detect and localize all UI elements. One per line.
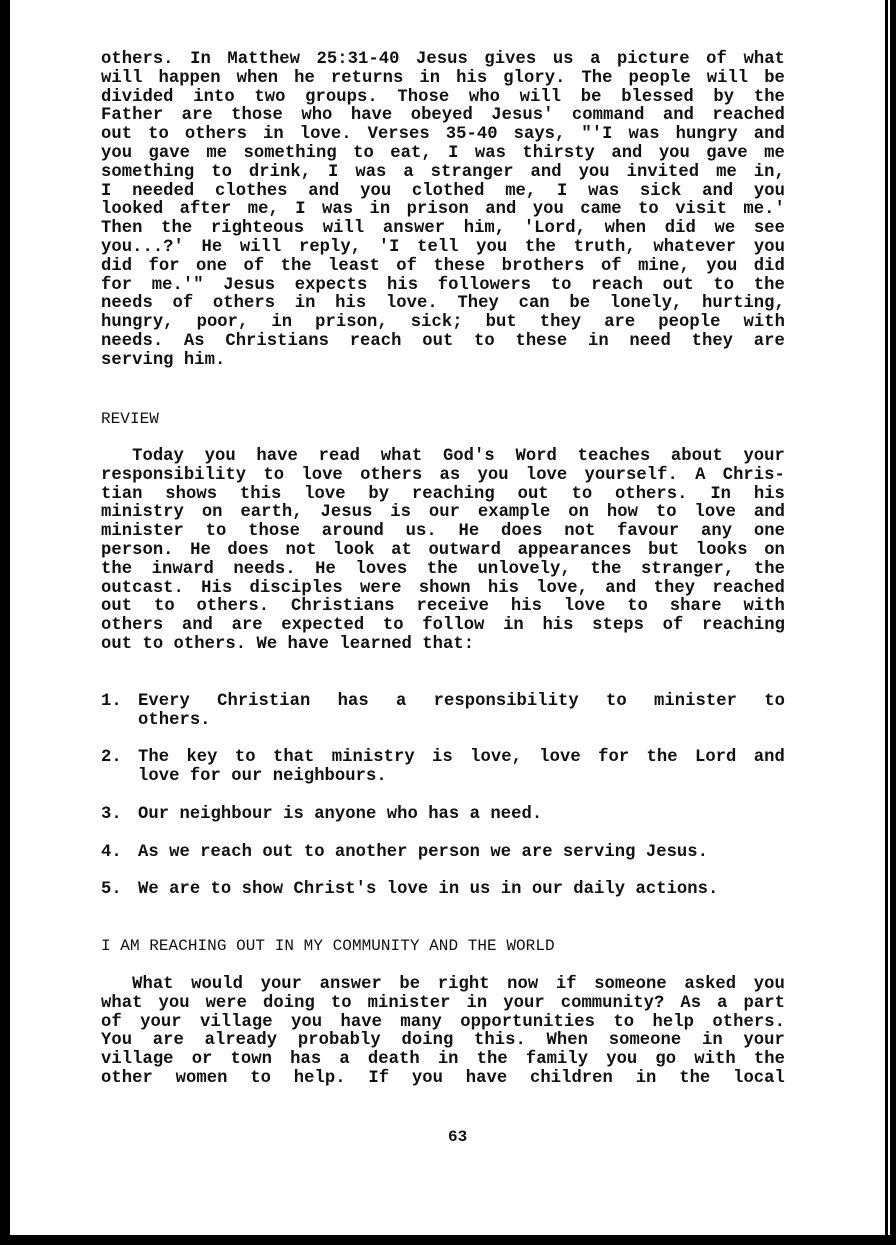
scan-border-right-line bbox=[885, 0, 888, 1245]
list-item-text: Our neighbour is anyone who has a need. bbox=[138, 805, 542, 824]
intro-paragraph-line: forme.'"Jesusexpectshisfollowerstoreacho… bbox=[101, 276, 785, 295]
review-paragraph-line: theinwardneeds.Helovestheunlovely,thestr… bbox=[101, 560, 785, 579]
review-paragraph-line: out to others. We have learned that: bbox=[101, 635, 474, 654]
intro-paragraph-line: Thentherighteouswillanswerhim,'Lord,when… bbox=[101, 219, 785, 238]
list-item-number: 5. bbox=[101, 880, 122, 899]
intro-paragraph-line: yougavemesomethingtoeat,Iwasthirstyandyo… bbox=[101, 144, 785, 163]
list-item-text: love for our neighbours. bbox=[138, 767, 387, 786]
intro-paragraph-line: needsofothersinhislove.Theycanbelonely,h… bbox=[101, 294, 785, 313]
intro-paragraph-line: Ineededclothesandyouclothedme,Iwassickan… bbox=[101, 182, 785, 201]
intro-paragraph-line: others.InMatthew25:31-40Jesusgivesusapic… bbox=[101, 50, 785, 69]
intro-paragraph-line: you...?'Hewillreply,'Itellyouthetruth,wh… bbox=[101, 238, 785, 257]
list-item-text: We are to show Christ's love in us in ou… bbox=[138, 880, 718, 899]
list-item-number: 3. bbox=[101, 805, 122, 824]
review-paragraph-line: tianshowsthislovebyreachingouttoothers.I… bbox=[101, 485, 785, 504]
list-item-number: 1. bbox=[101, 692, 122, 711]
community-paragraph-line: whatyouweredoingtoministerinyourcommunit… bbox=[101, 994, 785, 1013]
list-item-number: 4. bbox=[101, 843, 122, 862]
review-paragraph-line: TodayyouhavereadwhatGod'sWordteachesabou… bbox=[101, 447, 785, 466]
list-item-text: others. bbox=[138, 711, 211, 730]
list-item-text: Thekeytothatministryislove,lovefortheLor… bbox=[138, 748, 785, 767]
intro-paragraph-line: willhappenwhenhereturnsinhisglory.Thepeo… bbox=[101, 69, 785, 88]
community-paragraph-line: villageortownhasadeathinthefamilyyougowi… bbox=[101, 1050, 785, 1069]
community-paragraph-line: otherwomentohelp.Ifyouhavechildreninthel… bbox=[101, 1069, 785, 1088]
list-item-text: As we reach out to another person we are… bbox=[138, 843, 708, 862]
intro-paragraph-line: FatherarethosewhohaveobeyedJesus'command… bbox=[101, 106, 785, 125]
scan-border-bottom bbox=[0, 1235, 896, 1245]
review-paragraph-line: person.Hedoesnotlookatoutwardappearances… bbox=[101, 541, 785, 560]
scan-border-left bbox=[0, 0, 10, 1245]
community-paragraph-line: Youarealreadyprobablydoingthis.Whensomeo… bbox=[101, 1031, 785, 1050]
review-paragraph-line: ministertothosearoundus.Hedoesnotfavoura… bbox=[101, 522, 785, 541]
page-number: 63 bbox=[448, 1128, 467, 1146]
community-paragraph-line: Whatwouldyouranswerberightnowifsomeoneas… bbox=[101, 975, 785, 994]
intro-paragraph-line: hungry,poor,inprison,sick;buttheyarepeop… bbox=[101, 313, 785, 332]
review-paragraph-line: responsibilitytoloveothersasyouloveyours… bbox=[101, 466, 785, 485]
intro-paragraph-line: serving him. bbox=[101, 351, 225, 370]
review-paragraph-line: outtoothers.Christiansreceivehislovetosh… bbox=[101, 597, 785, 616]
intro-paragraph-line: didforoneoftheleastofthesebrothersofmine… bbox=[101, 257, 785, 276]
intro-paragraph-line: somethingtodrink,Iwasastrangerandyouinvi… bbox=[101, 163, 785, 182]
intro-paragraph-line: dividedintotwogroups.Thosewhowillbebless… bbox=[101, 88, 785, 107]
intro-paragraph-line: outtoothersinlove.Verses35-40says,"'Iwas… bbox=[101, 125, 785, 144]
review-paragraph-line: othersandareexpectedtofollowinhisstepsof… bbox=[101, 616, 785, 635]
intro-paragraph-line: lookedafterme,Iwasinprisonandyoucametovi… bbox=[101, 200, 785, 219]
review-paragraph-line: ministryonearth,Jesusisourexampleonhowto… bbox=[101, 503, 785, 522]
list-item-number: 2. bbox=[101, 748, 122, 767]
review-paragraph-line: outcast.Hisdiscipleswereshownhislove,and… bbox=[101, 579, 785, 598]
review-heading: REVIEW bbox=[101, 410, 159, 429]
scan-border-right bbox=[890, 0, 896, 1245]
community-paragraph-line: ofyourvillageyouhavemanyopportunitiestoh… bbox=[101, 1013, 785, 1032]
list-item-text: EveryChristianhasaresponsibilitytominist… bbox=[138, 692, 785, 711]
community-heading: I AM REACHING OUT IN MY COMMUNITY AND TH… bbox=[101, 937, 555, 956]
intro-paragraph-line: needs.AsChristiansreachouttotheseinneedt… bbox=[101, 332, 785, 351]
